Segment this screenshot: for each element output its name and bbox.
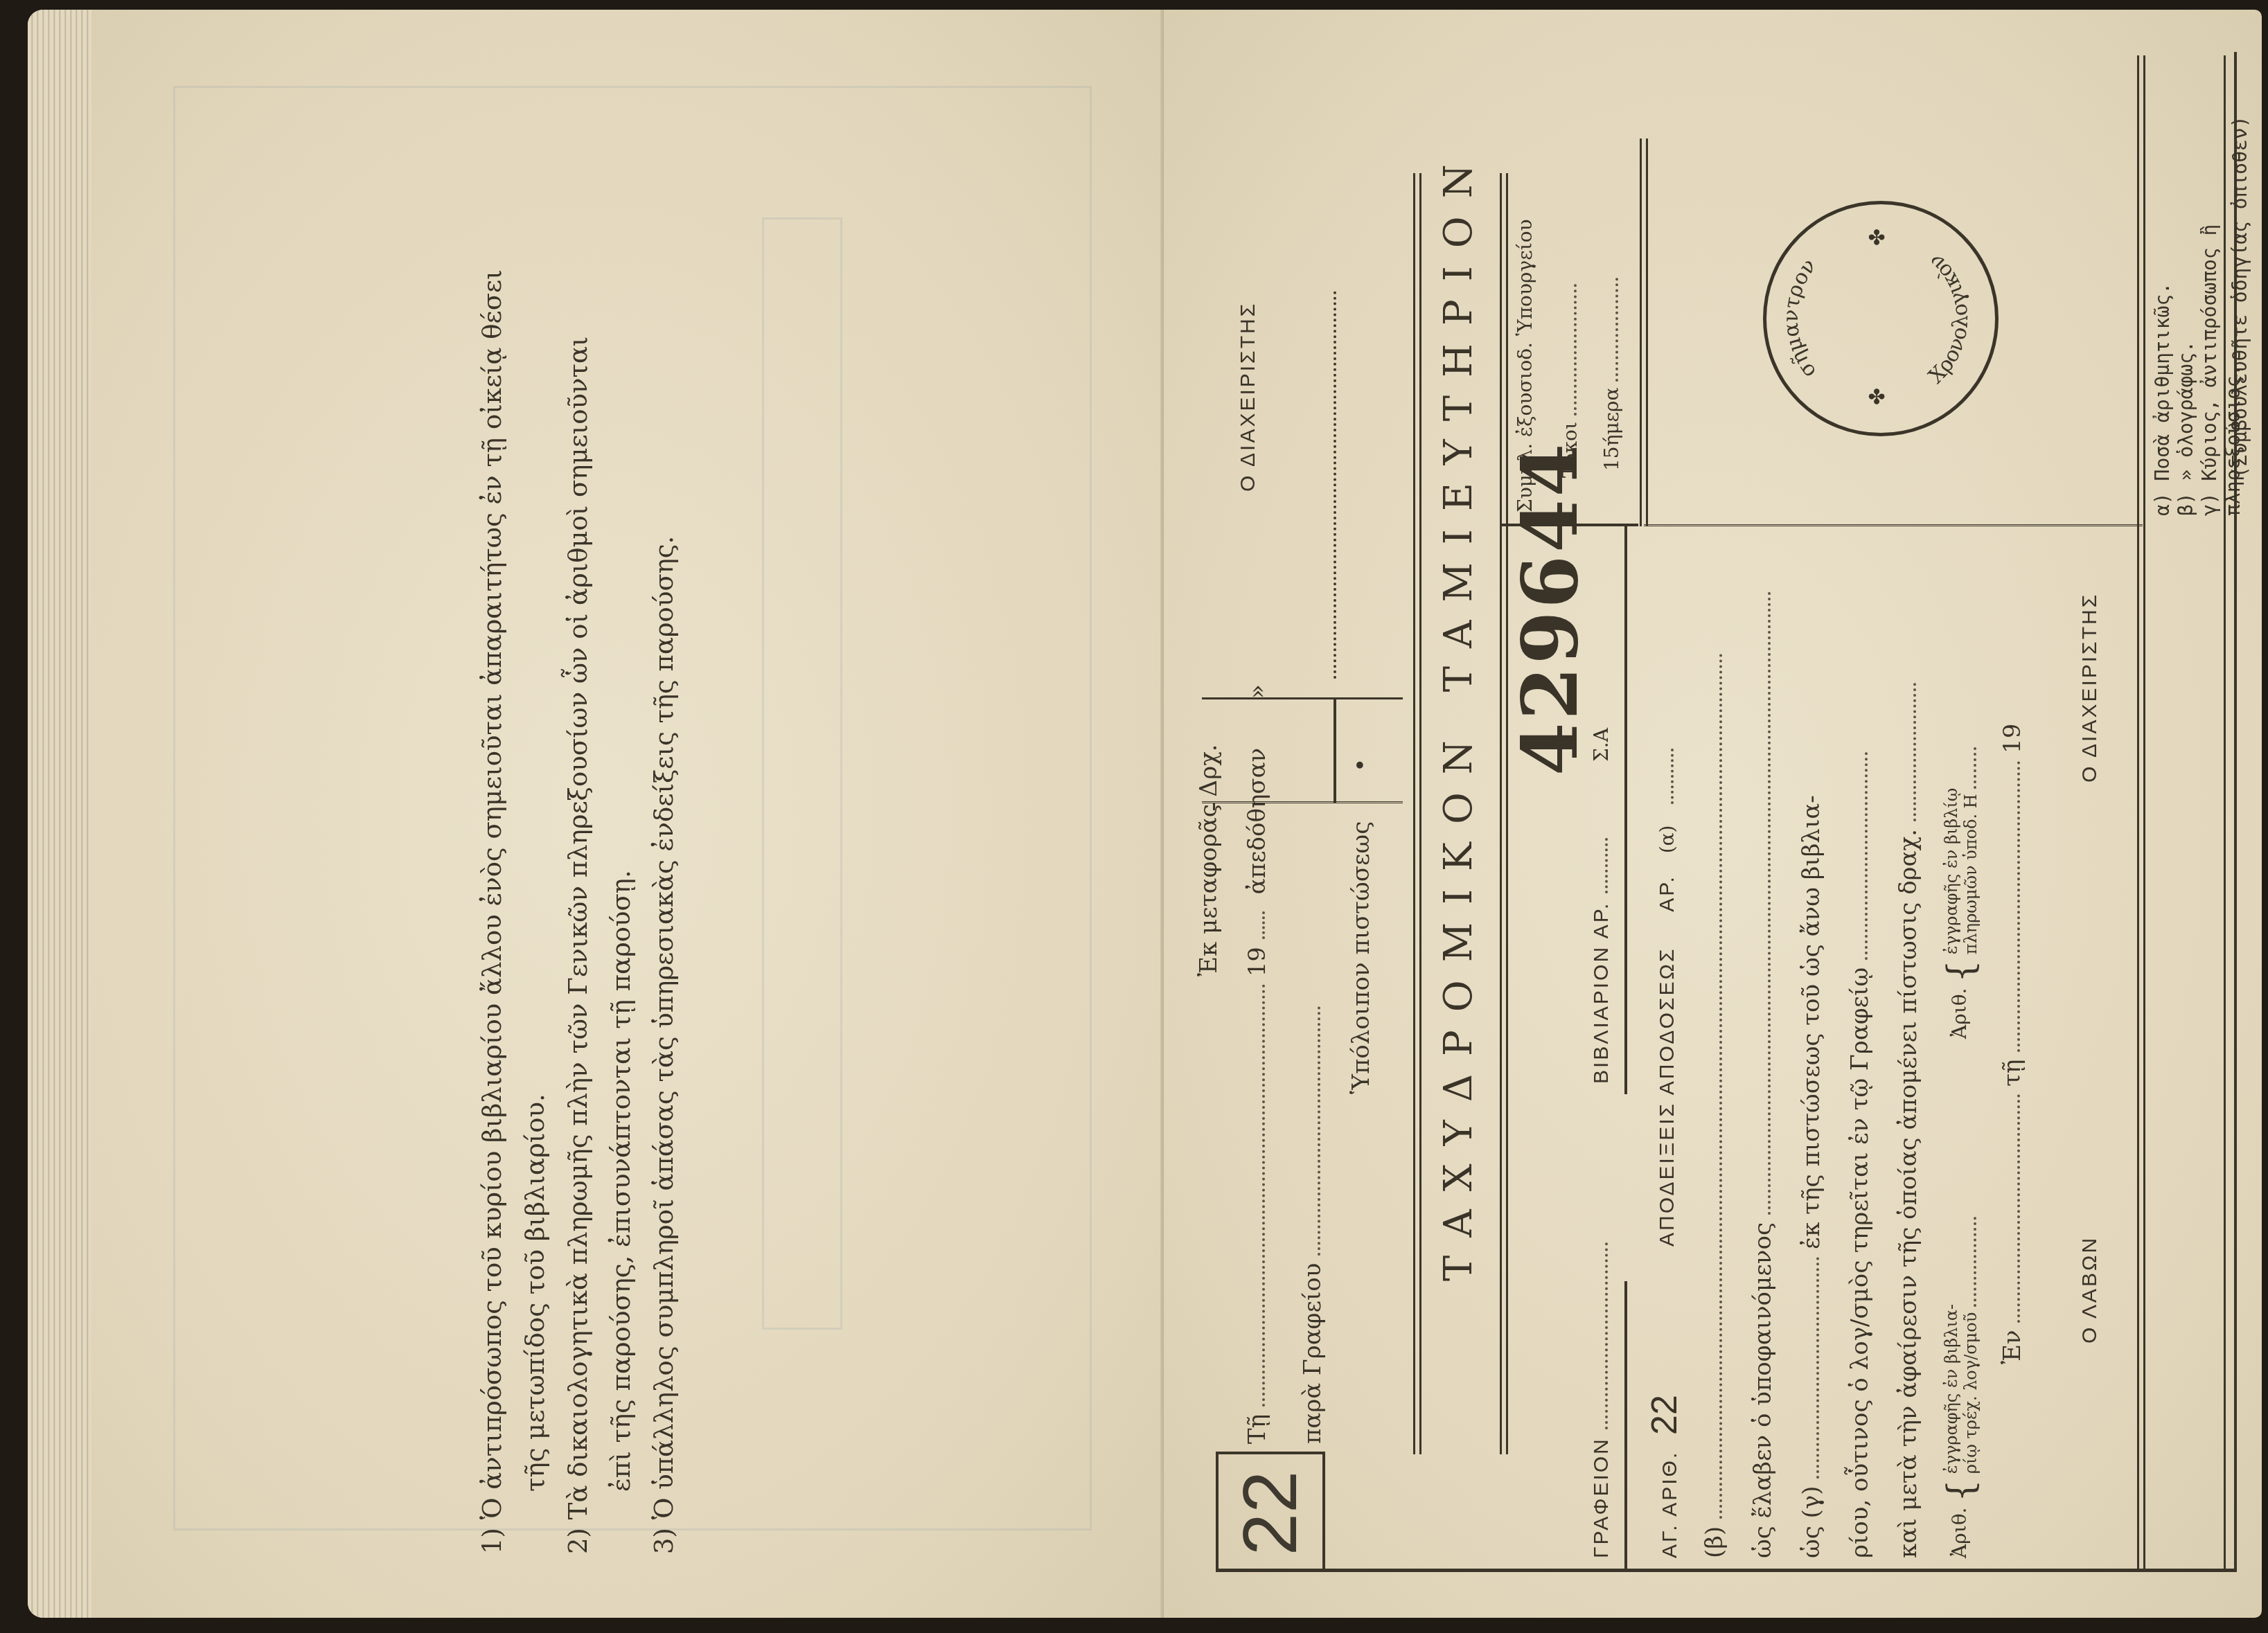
- vivliarion-rule: [1624, 526, 1627, 1094]
- note-2-cont: ἐπὶ τῆς παρούσης, ἐπισυνάπτονται τῇ παρο…: [600, 100, 643, 1554]
- ti-row: Τῇ 19 ἀπεδόθησαν »: [1243, 684, 1271, 1444]
- grafeion-field[interactable]: [1605, 1242, 1608, 1429]
- svg-text:σῆμαντρον: σῆμαντρον: [1779, 254, 1821, 383]
- form-legend-divider: [2137, 55, 2145, 1572]
- entry-number-field-1[interactable]: [1974, 1217, 1976, 1307]
- note-1: 1) Ὁ ἀντιπρόσωπος τοῦ κυρίου βιβλιαρίου …: [471, 100, 514, 1554]
- svg-text:Χρονολογικὸν: Χρονολογικὸν: [1924, 249, 1973, 388]
- ag-arith-row: ΑΓ. ΑΡΙΘ. 22: [1644, 1395, 1685, 1558]
- day-field[interactable]: [2017, 761, 2020, 1052]
- grid-line: [1334, 291, 1336, 679]
- form-title: ΤΑΧΥΔΡΟΜΙΚΟΝ ΤΑΜΙΕΥΤΗΡΙΟΝ: [1436, 146, 1481, 1281]
- manager-top-label: Ο ΔΙΑΧΕΙΡΙΣΤΗΣ: [1237, 302, 1260, 492]
- serial-number: 429644: [1505, 441, 1595, 776]
- ypoloipon-label: Ὑπόλοιπον πιστώσεως •: [1347, 758, 1375, 1094]
- grid-line: [1213, 803, 1215, 810]
- chronological-stamp: σῆμαντρον Χρονολογικὸν ✤ ✤: [1763, 201, 1999, 436]
- ek-metaforas-label: Ἐκ μεταφορᾶς Δρχ.: [1195, 744, 1223, 976]
- beta-row: (β): [1701, 653, 1728, 1558]
- gamma-row: ὡς (γ) ἐκ τῆς πιστώσεως τοῦ ὡς ἄνω βιβλι…: [1798, 795, 1825, 1558]
- signer-field[interactable]: [1768, 591, 1771, 1215]
- fortnight-field[interactable]: [1615, 278, 1618, 382]
- grid-vline: [1202, 801, 1403, 803]
- title-rule-top: [1413, 173, 1421, 1454]
- open-passbook: 1) Ὁ ἀντιπρόσωπος τοῦ κυρίου βιβλιαρίου …: [28, 10, 2262, 1623]
- vivliarion-row: ΒΙΒΛΙΑΡΙΟΝ ΑΡ.: [1590, 838, 1613, 1084]
- en-row: Ἐν τῇ 19: [1999, 724, 2026, 1364]
- note-3: 3) Ὁ ὑπάλληλος συμπληροῖ ἁπάσας τὰς ὑπηρ…: [643, 100, 686, 1554]
- date-field[interactable]: [1262, 984, 1265, 1407]
- page-edges: [28, 10, 91, 1618]
- serial-suffix: Σ.Α: [1590, 728, 1613, 762]
- svg-text:✤: ✤: [1866, 388, 1890, 405]
- stamp-ring-text: σῆμαντρον Χρονολογικὸν ✤ ✤: [1766, 204, 1995, 433]
- box-number: 22: [1216, 1452, 1325, 1572]
- advice-note: (Συμβουλευθῆτε ὁδηγίας ὀπισθεν): [2229, 116, 2252, 478]
- bleed-through-frame: [762, 217, 842, 1330]
- kai-meta-row: καὶ μετὰ τὴν ἀφαίρεσιν τῆς ὁποίας ἀπομέν…: [1895, 683, 1922, 1558]
- apodeixeis-row: ΑΠΟΔΕΙΞΕΙΣ ΑΠΟΔΟΣΕΩΣ ΑΡ. (α): [1652, 749, 1680, 1247]
- side-column-rule: [1640, 139, 1648, 526]
- apodeixeis-amount-field[interactable]: [1671, 749, 1674, 804]
- grid-vline: [1202, 697, 1403, 699]
- instructions-notes: 1) Ὁ ἀντιπρόσωπος τοῦ κυρίου βιβλιαρίου …: [471, 100, 679, 1554]
- para-grafeiou-row: παρὰ Γραφείου: [1299, 1006, 1327, 1444]
- vivliarion-field[interactable]: [1605, 838, 1608, 893]
- grafeion-row: ΓΡΑΦΕΙΟΝ: [1590, 1242, 1613, 1558]
- elaven-row: ὡς ἔλαβεν ὁ ὑποφαινόμενος: [1749, 591, 1777, 1558]
- arith-eggrafis-left: Ἀριθ. { ἐγγραφῆς ἐν βιβλια- ρίῳ τρέχ. λο…: [1942, 1217, 1981, 1558]
- note-1-cont: τῆς μετωπίδος τοῦ βιβλιαρίου.: [514, 100, 557, 1554]
- withdrawal-form: 22 Τῇ 19 ἀπεδόθησαν » Ἐκ μεταφορᾶς Δρχ. …: [1216, 48, 2248, 1572]
- arith-eggrafis-right: Ἀριθ. { ἐγγραφῆς ἐν βιβλίῳ πληρωμῶν ὑποδ…: [1942, 747, 1981, 1039]
- title-rule-bottom: [1500, 173, 1508, 1454]
- place-field[interactable]: [2017, 1094, 2020, 1323]
- advice-rule: [2224, 55, 2226, 1572]
- ag-arith-value[interactable]: 22: [1645, 1395, 1685, 1435]
- right-page: 22 Τῇ 19 ἀπεδόθησαν » Ἐκ μεταφορᾶς Δρχ. …: [1164, 10, 2262, 1618]
- riou-row: ρίου, οὗτινος ὁ λογ/σμὸς τηρεῖται ἐν τῷ …: [1846, 752, 1874, 1558]
- imeromia-row: 15ήμερα: [1600, 278, 1623, 471]
- manager-bottom-label: Ο ΔΙΑΧΕΙΡΙΣΤΗΣ: [2078, 593, 2102, 783]
- svg-text:✤: ✤: [1866, 229, 1890, 246]
- left-page: 1) Ὁ ἀντιπρόσωπος τοῦ κυρίου βιβλιαρίου …: [28, 10, 1164, 1618]
- entry-number-field-2[interactable]: [1974, 747, 1976, 789]
- receiver-label: Ο ΛΑΒΩΝ: [2078, 1236, 2102, 1344]
- capacity-field[interactable]: [1816, 1257, 1819, 1479]
- interest-field[interactable]: [1574, 284, 1577, 416]
- year-field[interactable]: [1262, 911, 1265, 939]
- grafeion-rule: [1624, 1281, 1627, 1572]
- form-right-column-divider: [1644, 524, 2143, 526]
- amount-in-words-field[interactable]: [1719, 653, 1722, 1519]
- office-field[interactable]: [1318, 1006, 1320, 1256]
- office-account-field[interactable]: [1865, 752, 1868, 960]
- grid-line: [1334, 699, 1336, 803]
- remaining-credit-field[interactable]: [1913, 683, 1916, 821]
- note-2: 2) Τὰ δικαιολογητικὰ πληρωμῆς πλὴν τῶν Γ…: [557, 100, 600, 1554]
